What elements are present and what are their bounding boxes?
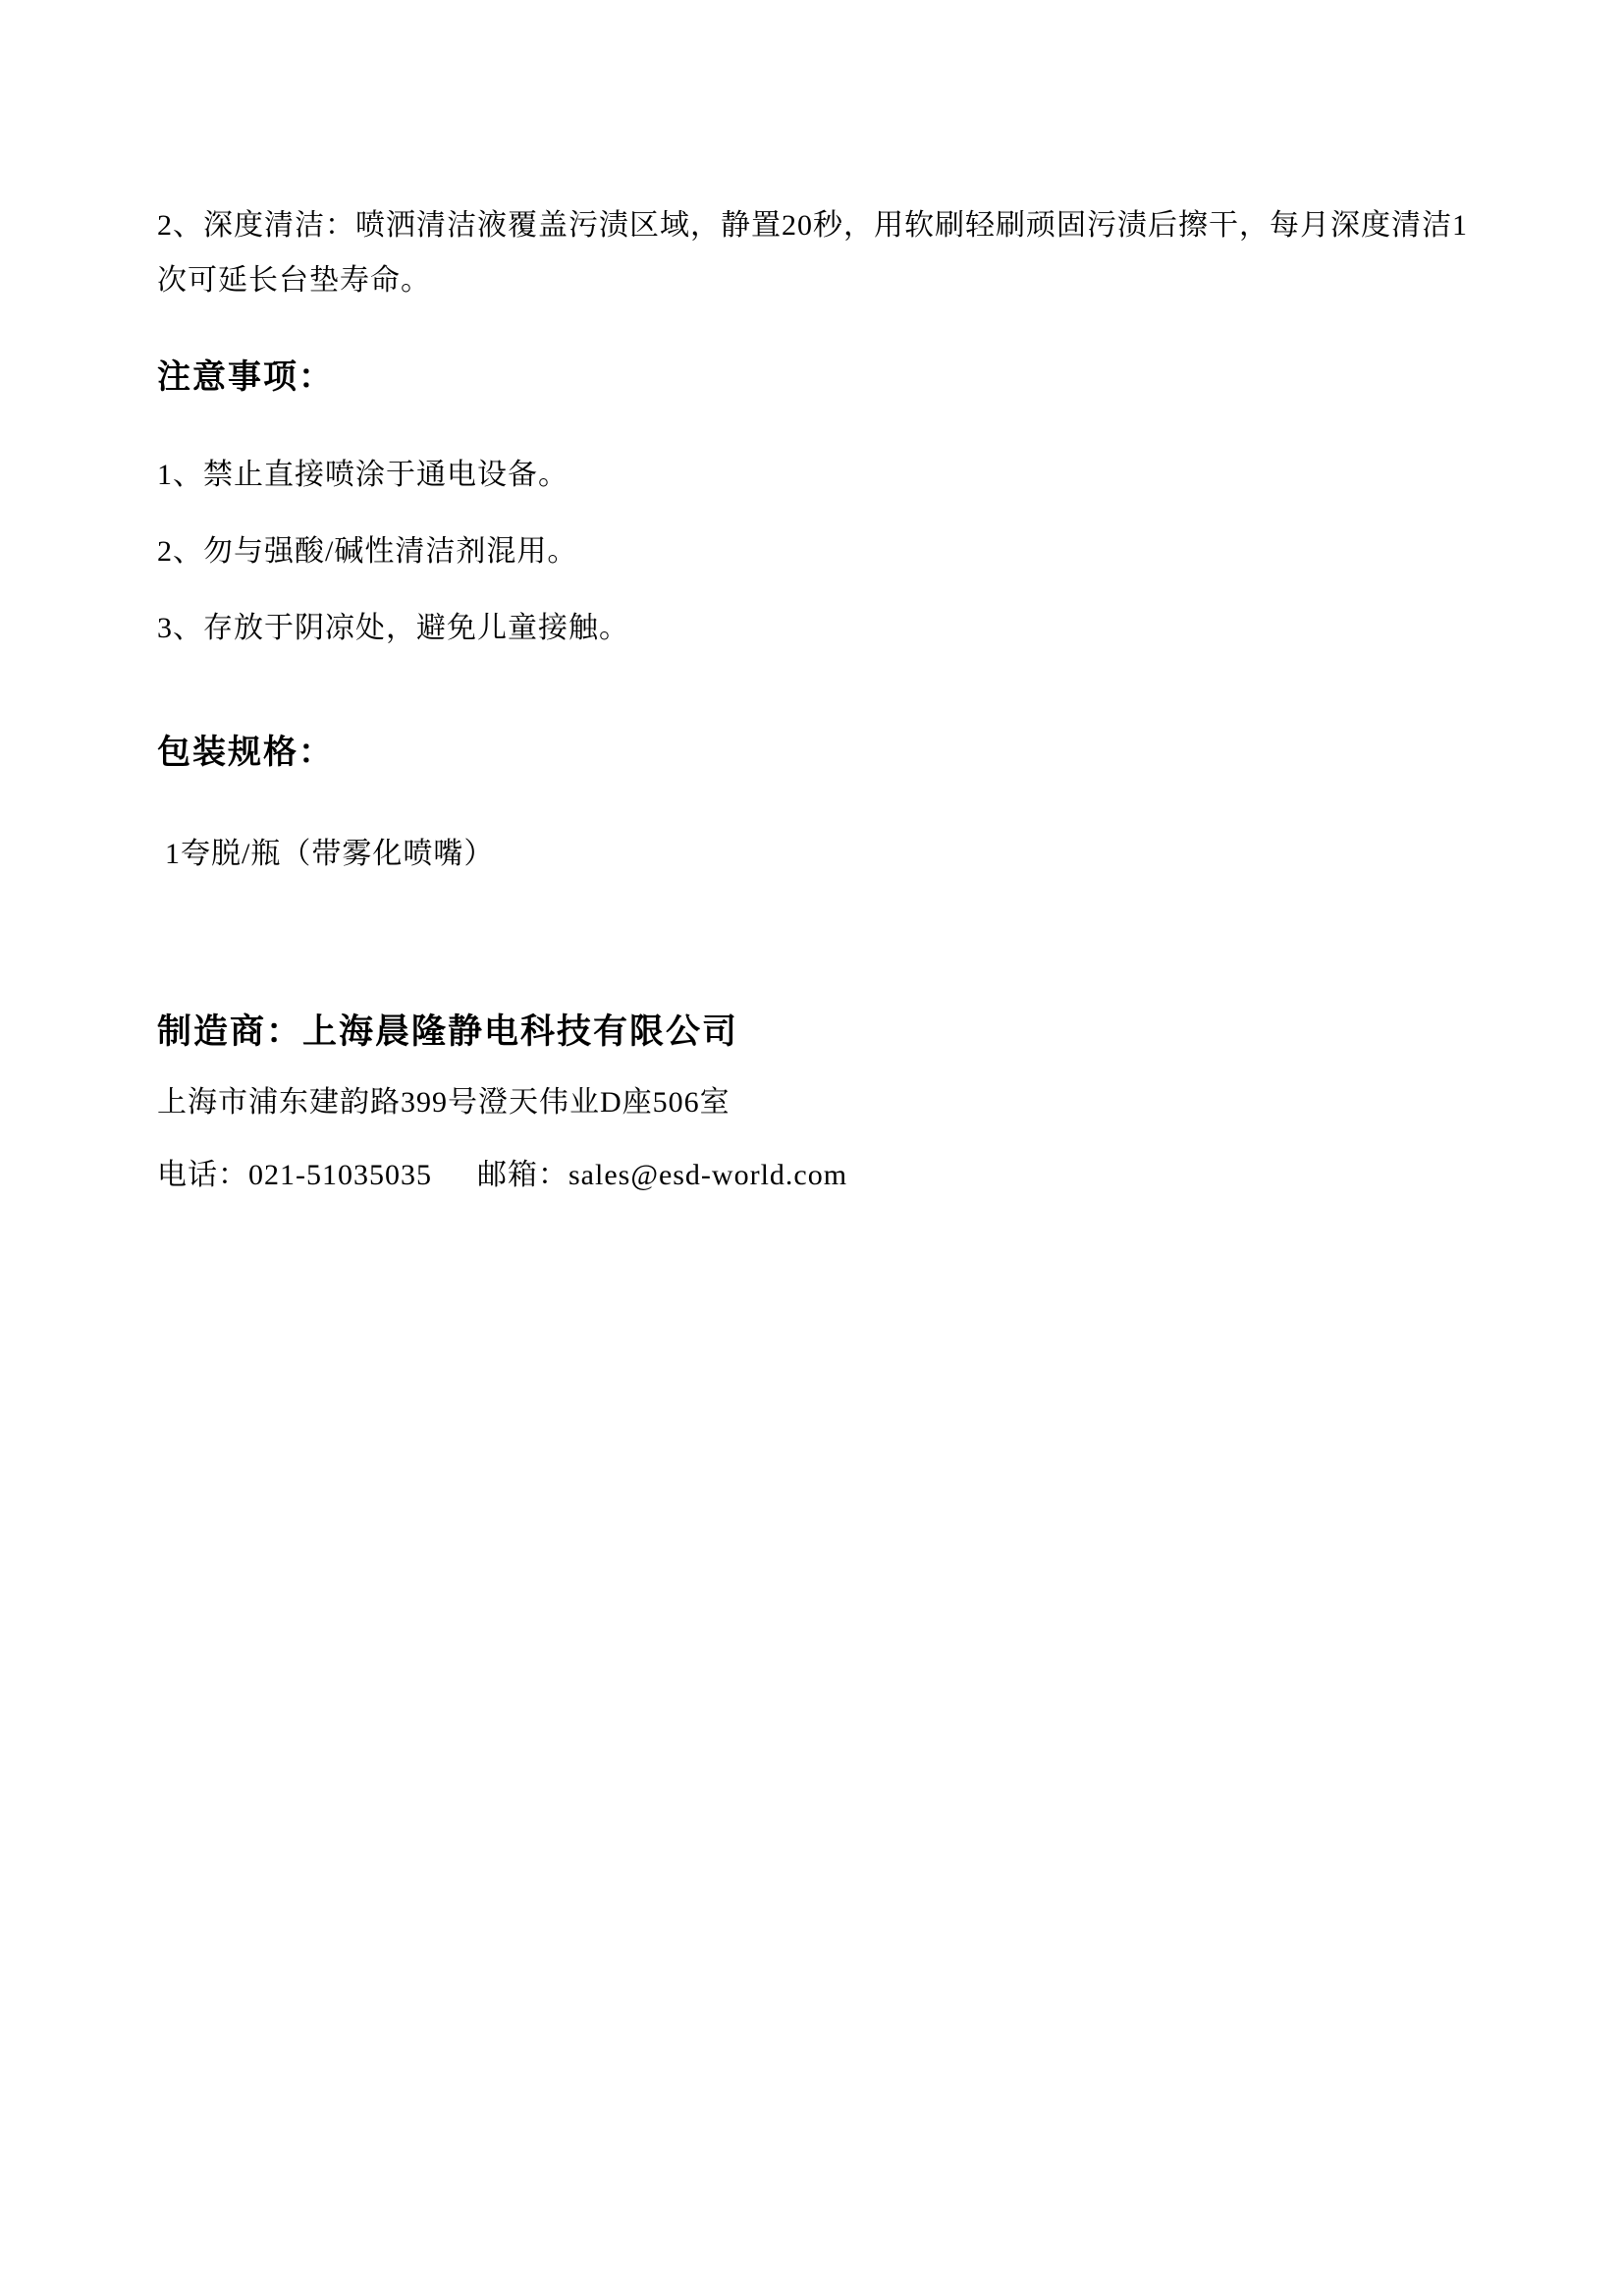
precaution-item-2: 2、勿与强酸/碱性清洁剂混用。 — [157, 532, 1471, 572]
precaution-item-3: 3、存放于阴凉处，避免儿童接触。 — [157, 609, 1471, 648]
precautions-heading: 注意事项： — [157, 355, 1471, 401]
contact-line: 电话：021-51035035邮箱：sales@esd-world.com — [157, 1156, 1471, 1195]
email-label: 邮箱： — [477, 1159, 568, 1191]
manufacturer-address: 上海市浦东建韵路399号澄天伟业D座506室 — [157, 1083, 1471, 1122]
manufacturer-name: 制造商：上海晨隆静电科技有限公司 — [157, 1009, 1471, 1056]
email-address: sales@esd-world.com — [568, 1159, 847, 1191]
phone-number: 021-51035035 — [248, 1159, 432, 1191]
phone-label: 电话： — [157, 1159, 248, 1191]
document-page: 2、深度清洁：喷洒清洁液覆盖污渍区域，静置20秒，用软刷轻刷顽固污渍后擦干，每月… — [0, 0, 1623, 2296]
packaging-heading: 包装规格： — [157, 731, 1471, 776]
deep-clean-paragraph: 2、深度清洁：喷洒清洁液覆盖污渍区域，静置20秒，用软刷轻刷顽固污渍后擦干，每月… — [157, 198, 1471, 308]
precaution-item-1: 1、禁止直接喷涂于通电设备。 — [157, 456, 1471, 495]
packaging-spec: 1夸脱/瓶（带雾化喷嘴） — [165, 835, 1471, 874]
